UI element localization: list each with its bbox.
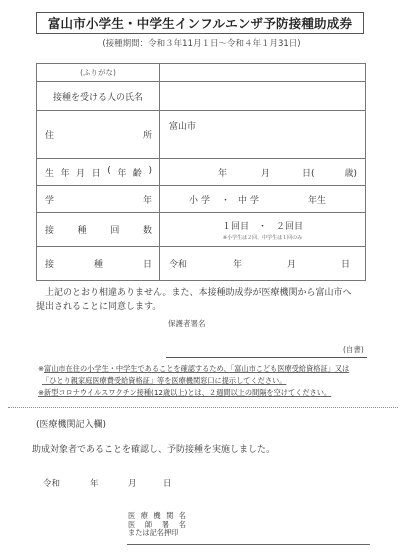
row-grade: 学 年 小学 ・ 中学 年生 [37,186,366,213]
year-unit: 年 [233,257,242,270]
label-char: 種 [78,223,87,236]
document-title: 富山市小学生・中学生インフルエンザ予防接種助成券 [36,12,364,34]
vaccination-date-label: 接 種 日 [37,247,160,281]
seal-label: または記名押印 [128,529,186,538]
grade-label: 学 年 [37,186,160,213]
label-char: 名 [179,521,186,530]
clinic-signature-line[interactable] [127,544,370,545]
vaccination-period: (接種期間：令和３年11月１日～令和４年１月31日) [0,37,403,49]
consent-statement: 上記のとおり相違ありません。また、本接種助成券が医療機関から富山市へ 提出される… [36,286,370,314]
label-char: 日 [143,257,152,270]
application-form-table: (ふりがな) 接種を受ける人の氏名 住 所 富山市 生 年 月 日 ( 年 齢 [36,63,366,281]
dose-note: ※小学生は２回、中学生は１回のみ [160,234,365,241]
label-char: 月 [76,166,85,179]
clinic-date-era: 令和 [43,477,60,489]
elementary-option[interactable]: 小学 [189,193,213,206]
guardian-signature-line[interactable] [166,357,367,358]
clinic-date-month: 月 [128,477,137,489]
dose-options[interactable]: １回目 ・ ２回目 [160,219,365,232]
grade-field[interactable]: 小学 ・ 中学 年生 [160,186,366,213]
label-char: 接 [45,257,54,270]
label-char: 日 [92,166,101,179]
consent-line-2: 提出されることに同意します。 [36,300,370,314]
year-unit: 年 [218,166,227,179]
separator: ・ [221,193,230,206]
row-dose-count: 接 種 回 数 １回目 ・ ２回目 ※小学生は２回、中学生は１回のみ [37,213,366,247]
furigana-label: (ふりがな) [37,64,160,82]
day-unit: 日( [302,166,315,179]
clinic-date-day: 日 [163,477,172,489]
address-field[interactable]: 富山市 [160,111,366,159]
label-char: 年 [143,193,152,206]
recipient-name-label: 接種を受ける人の氏名 [37,82,160,111]
consent-line-1: 上記のとおり相違ありません。また、本接種助成券が医療機関から富山市へ [36,286,370,300]
guardian-signature-label: 保護者署名 [168,318,206,329]
label-char: 学 [45,193,54,206]
label-char: 年 [117,166,126,179]
note-line-3: ※新型コロナウイルスワクチン接種(12歳以上)とは、２週間以上の間隔を空けてくだ… [38,388,331,397]
label-char: 接 [45,223,54,236]
label-char: 種 [94,257,103,270]
label-char: 機 [153,512,160,521]
recipient-name-field[interactable] [160,82,366,111]
era-label: 令和 [169,257,187,270]
dose-count-field[interactable]: １回目 ・ ２回目 ※小学生は２回、中学生は１回のみ [160,213,366,247]
cut-line-divider [8,407,398,408]
label-char: 住 [45,128,54,141]
self-write-note: (自書) [343,344,364,355]
vaccination-date-field[interactable]: 令和 年 月 日 [160,247,366,281]
clinic-name-label: 医 療 機 関 名 [128,512,186,521]
label-char: 齢 [133,166,142,179]
label-char: 年 [61,166,70,179]
row-name: 接種を受ける人の氏名 [37,82,366,111]
note-line-2: 「ひとり親家庭医療費受給資格証」等を医療機関窓口に提示してください。 [42,376,286,385]
month-unit: 月 [287,257,296,270]
label-char: 数 [143,223,152,236]
address-label: 住 所 [37,111,160,159]
birthdate-field[interactable]: 年 月 日( 歳) [160,159,366,186]
month-unit: 月 [261,166,270,179]
label-char: 所 [143,128,152,141]
clinic-signature-block: 医 療 機 関 名 医 師 署 名 または記名押印 [128,512,186,538]
row-birthdate: 生 年 月 日 ( 年 齢 ) 年 月 日( 歳) [37,159,366,186]
junior-high-option[interactable]: 中学 [238,193,262,206]
furigana-field[interactable] [160,64,366,82]
label-char: ( [107,166,111,179]
note-line-1: 富山市在住の小学生・中学生であることを確認するため、「富山市こども医療受給資格証… [44,364,349,373]
dose-count-label: 接 種 回 数 [37,213,160,247]
birthdate-label: 生 年 月 日 ( 年 齢 ) [37,159,160,186]
label-char: ) [148,166,152,179]
label-char: 回 [110,223,119,236]
clinic-statement: 助成対象者であることを確認し、予防接種を実施しました。 [32,442,275,455]
row-address: 住 所 富山市 [37,111,366,159]
day-unit: 日 [341,257,350,270]
address-prefill: 富山市 [160,111,365,132]
label-char: 生 [45,166,54,179]
row-vaccination-date: 接 種 日 令和 年 月 日 [37,247,366,281]
clinic-section-heading: (医療機関記入欄) [36,417,106,430]
clinic-date-year: 年 [90,477,99,489]
notes: ※富山市在住の小学生・中学生であることを確認するため、「富山市こども医療受給資格… [36,363,376,399]
age-unit: 歳) [345,166,358,179]
grade-unit: 年生 [308,193,326,206]
row-furigana: (ふりがな) [37,64,366,82]
